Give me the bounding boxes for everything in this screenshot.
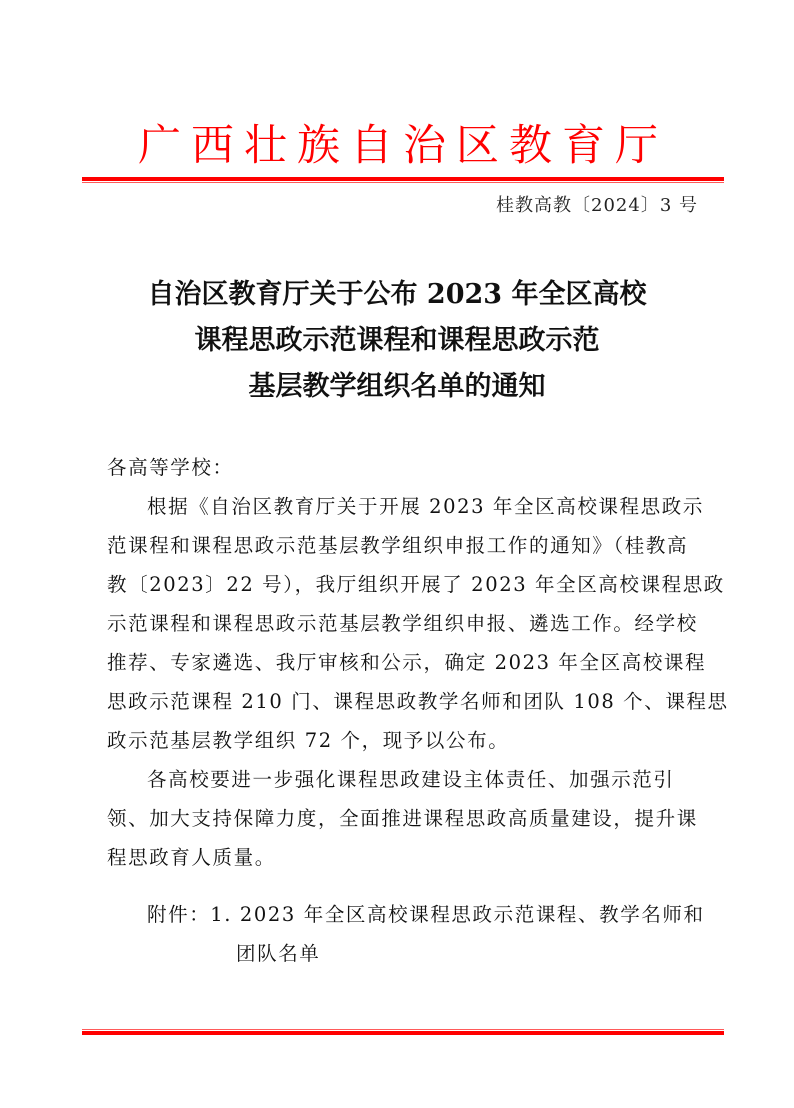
title-line: 自治区教育厅关于公布 2023 年全区高校 (60, 272, 734, 318)
paragraph-1-line: 思政示范课程 210 门、课程思政教学名师和团队 108 个、课程思 (107, 682, 697, 721)
attachment-item-continuation: 团队名单 (147, 934, 705, 973)
paragraph-1-line: 推荐、专家遴选、我厅审核和公示，确定 2023 年全区高校课程 (107, 643, 697, 682)
salutation: 各高等学校： (107, 448, 697, 487)
footer-red-rule-thick (82, 1031, 724, 1035)
issuer-masthead: 广西壮族自治区教育厅 (82, 118, 724, 174)
paragraph-1-line: 示范课程和课程思政示范基层教学组织申报、遴选工作。经学校 (107, 604, 697, 643)
paragraph-1-line: 教〔2023〕22 号），我厅组织开展了 2023 年全区高校课程思政 (107, 565, 697, 604)
footer-red-rule-thin (82, 1029, 724, 1030)
document-body: 各高等学校： 根据《自治区教育厅关于开展 2023 年全区高校课程思政示 范课程… (107, 448, 697, 877)
title-line: 基层教学组织名单的通知 (60, 364, 734, 410)
paragraph-2-line: 各高校要进一步强化课程思政建设主体责任、加强示范引 (107, 760, 697, 799)
paragraph-1-line: 范课程和课程思政示范基层教学组织申报工作的通知》（桂教高 (107, 526, 697, 565)
document-number: 桂教高教〔2024〕3 号 (496, 192, 698, 220)
paragraph-2-line: 程思政育人质量。 (107, 838, 697, 877)
title-line: 课程思政示范课程和课程思政示范 (60, 318, 734, 364)
header-red-rule-thin (82, 182, 724, 183)
document-title: 自治区教育厅关于公布 2023 年全区高校 课程思政示范课程和课程思政示范 基层… (60, 272, 734, 410)
document-page: 广西壮族自治区教育厅 桂教高教〔2024〕3 号 自治区教育厅关于公布 2023… (0, 0, 794, 1108)
header-red-rule-thick (82, 177, 724, 181)
paragraph-1-line: 政示范基层教学组织 72 个，现予以公布。 (107, 721, 697, 760)
attachment-list: 附件：1. 2023 年全区高校课程思政示范课程、教学名师和 团队名单 (147, 895, 705, 973)
paragraph-2-line: 领、加大支持保障力度，全面推进课程思政高质量建设，提升课 (107, 799, 697, 838)
paragraph-1-line: 根据《自治区教育厅关于开展 2023 年全区高校课程思政示 (107, 487, 697, 526)
attachment-item: 附件：1. 2023 年全区高校课程思政示范课程、教学名师和 (147, 895, 705, 934)
